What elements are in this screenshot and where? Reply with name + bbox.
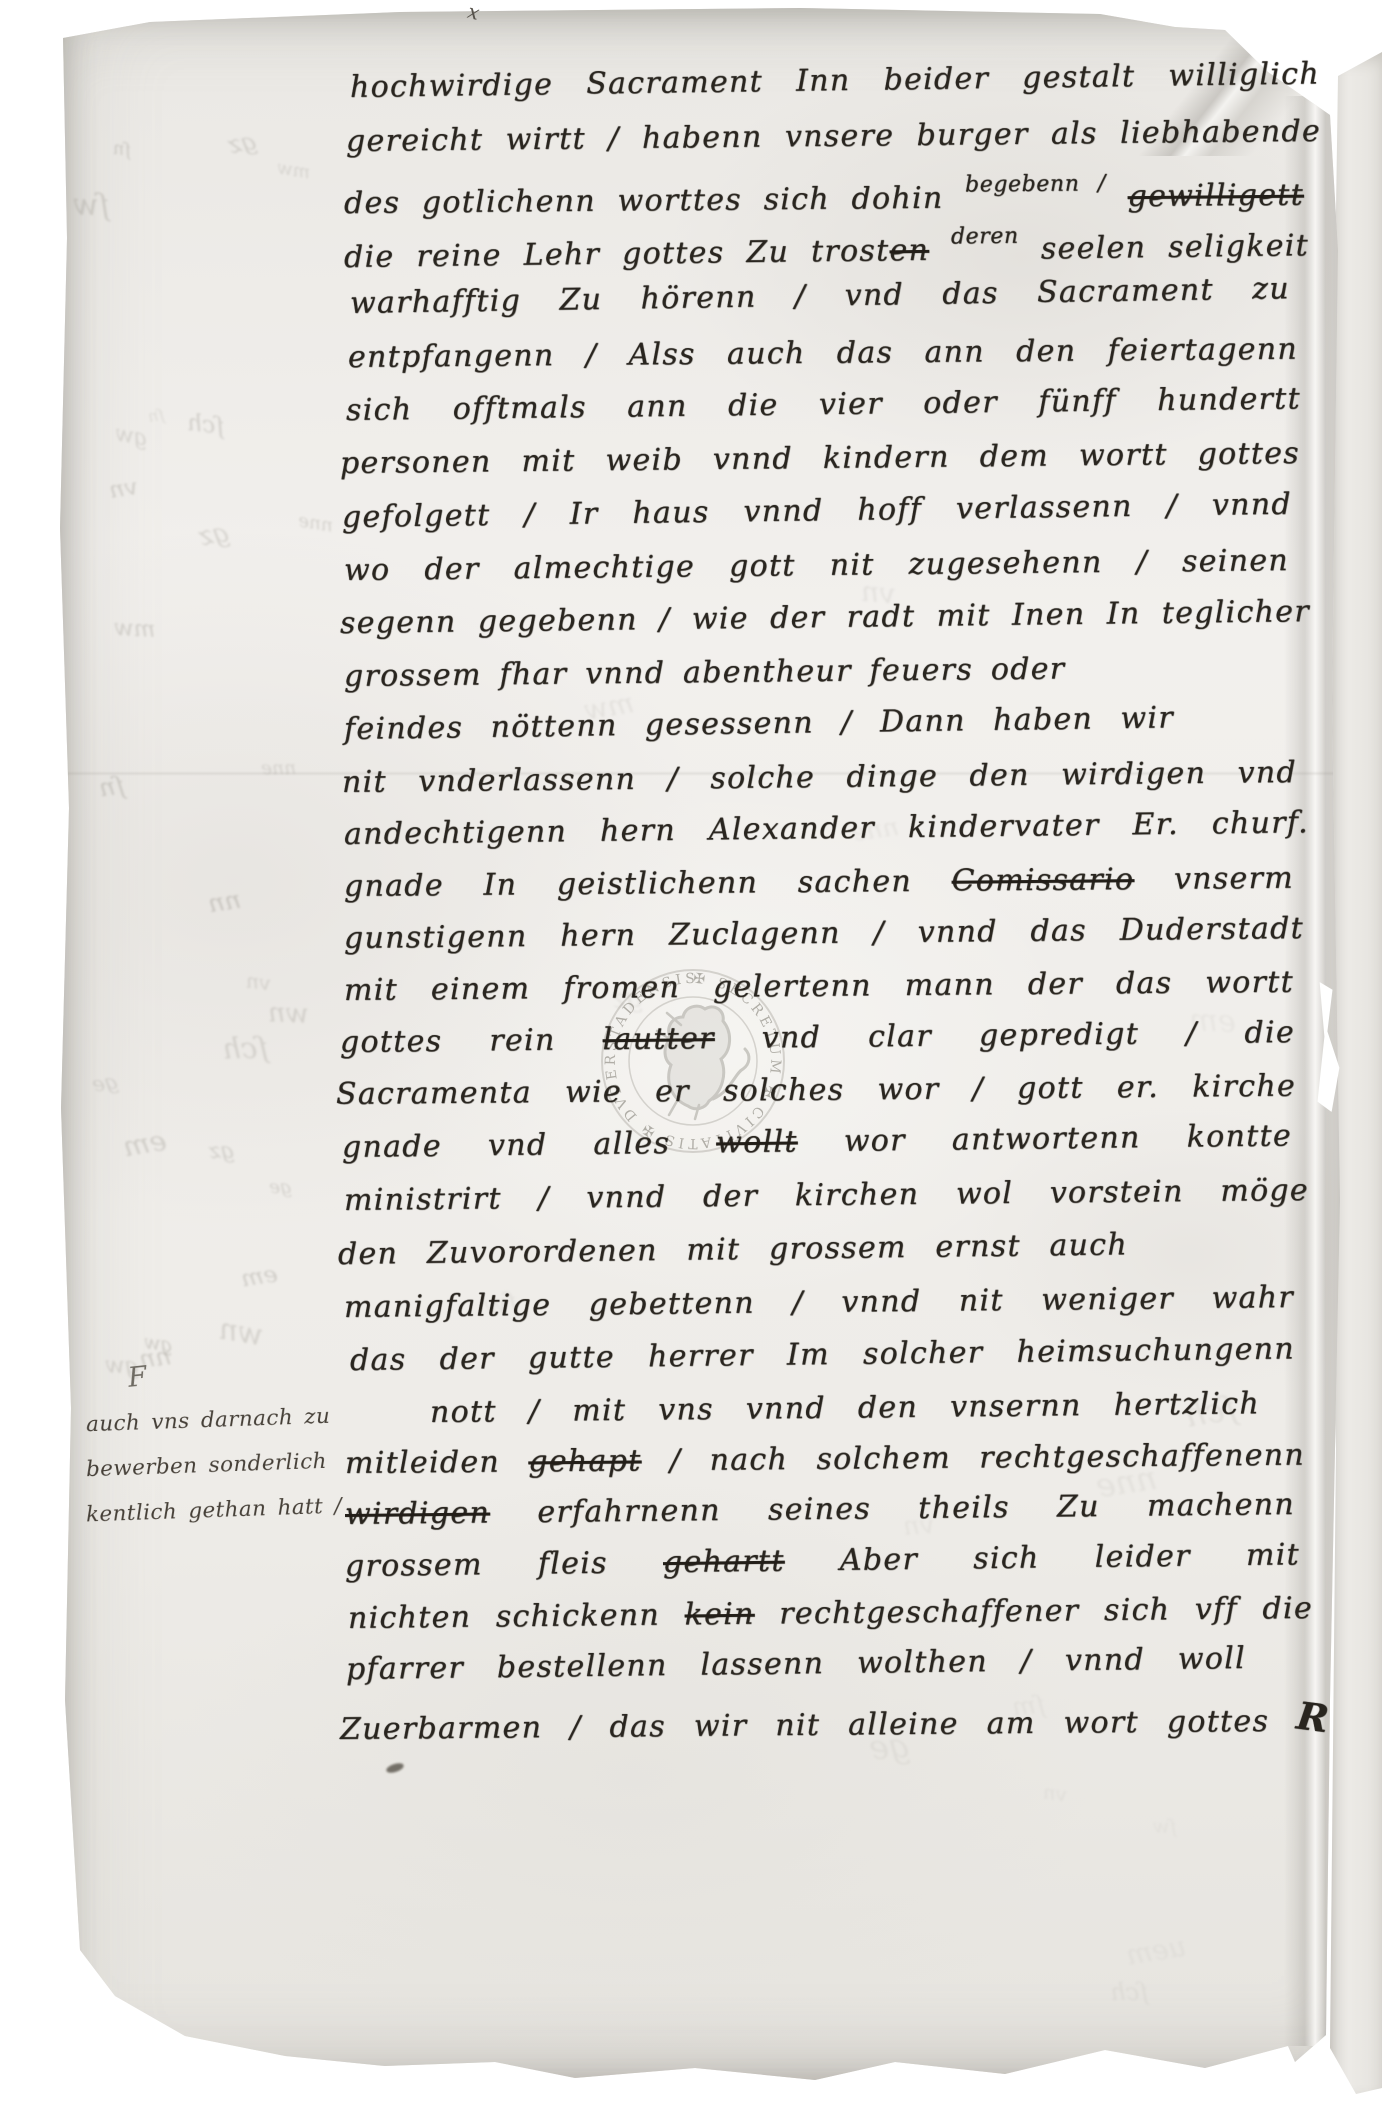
- manuscript-text: grossem fleis: [345, 1545, 663, 1584]
- manuscript-text: des gotlichenn worttes sich dohin: [344, 181, 965, 221]
- manuscript-line: nichten schickenn kein rechtgeschaffener…: [348, 1591, 1313, 1636]
- manuscript-line: personen mit weib vnnd kindern dem wortt…: [340, 436, 1300, 481]
- manuscript-text: nichten schickenn: [348, 1597, 685, 1636]
- manuscript-line: gnade In geistlichenn sachen Comissario …: [344, 861, 1294, 904]
- struck-out-text: gehartt: [663, 1544, 785, 1580]
- manuscript-line: segenn gegebenn / wie der radt mit Inen …: [340, 594, 1310, 641]
- manuscript-line: andechtigenn hern Alexander kindervater …: [344, 805, 1309, 852]
- manuscript-line: ministrirt / vnnd der kirchen wol vorste…: [344, 1173, 1309, 1218]
- manuscript-text: seelen seligkeit: [1019, 228, 1309, 267]
- manuscript-text: gunstigenn hern Zuclagenn / vnnd das Dud…: [344, 911, 1304, 956]
- manuscript-text: vnd clar gepredigt / die: [715, 1015, 1296, 1056]
- manuscript-text: Sacramenta wie er solches wor / gott er.…: [336, 1069, 1296, 1112]
- manuscript-text: gottes rein: [340, 1022, 603, 1060]
- manuscript-text: warhafftig Zu hörenn / vnd das Sacrament…: [350, 271, 1290, 321]
- struck-out-text: gehapt: [528, 1443, 642, 1479]
- manuscript-text: Aber sich leider mit: [784, 1537, 1300, 1578]
- manuscript-text: wor antwortenn kontte: [797, 1118, 1292, 1159]
- struck-out-text: kein: [684, 1597, 754, 1633]
- manuscript-line: feindes nöttenn gesessenn / Dann haben w…: [344, 700, 1174, 747]
- manuscript-line: grossem fhar vnnd abentheur feuers oder: [344, 651, 1144, 694]
- text-layer: hochwirdige Sacrament Inn beider gestalt…: [0, 0, 1382, 2116]
- manuscript-text: die reine Lehr gottes Zu trost: [344, 233, 890, 275]
- manuscript-line: den Zuvorordenen mit grossem ernst auch: [338, 1227, 1128, 1272]
- manuscript-text: mitleiden: [345, 1444, 529, 1481]
- manuscript-line: manigfaltige gebettenn / vnnd nit wenige…: [344, 1280, 1294, 1325]
- manuscript-line: des gotlichenn worttes sich dohin begebe…: [344, 170, 1304, 221]
- struck-out-text: wollt: [716, 1124, 798, 1160]
- manuscript-text: erfahrnenn seines theils Zu machenn: [490, 1487, 1295, 1530]
- inserted-text: begebenn /: [965, 171, 1106, 197]
- manuscript-text: andechtigenn hern Alexander kindervater …: [344, 805, 1309, 852]
- manuscript-text: grossem fhar vnnd abentheur feuers oder: [344, 651, 1066, 694]
- manuscript-text: das der gutte herrer Im solcher heimsuch…: [350, 1331, 1295, 1378]
- manuscript-line: mit einem fromen gelertenn mann der das …: [344, 965, 1294, 1008]
- manuscript-text: hochwirdige Sacrament Inn beider gestalt…: [350, 56, 1320, 105]
- manuscript-text: [929, 233, 951, 268]
- manuscript-text: segenn gegebenn / wie der radt mit Inen …: [340, 594, 1310, 641]
- manuscript-text: wo der almechtige gott nit zugesehenn / …: [344, 543, 1289, 588]
- manuscript-line: sich offtmals ann die vier oder fünff hu…: [346, 381, 1301, 428]
- manuscript-line: Sacramenta wie er solches wor / gott er.…: [336, 1069, 1296, 1112]
- manuscript-line: gnade vnd alles wollt wor antwortenn kon…: [342, 1118, 1292, 1165]
- manuscript-line: warhafftig Zu hörenn / vnd das Sacrament…: [350, 271, 1290, 321]
- manuscript-text: [1106, 179, 1128, 214]
- margin-insertion-mark: F: [126, 1361, 148, 1394]
- manuscript-line: nit vnderlassenn / solche dinge den wird…: [342, 755, 1297, 800]
- manuscript-line: gunstigenn hern Zuclagenn / vnnd das Dud…: [344, 911, 1304, 956]
- manuscript-line: wirdigen erfahrnenn seines theils Zu mac…: [345, 1487, 1295, 1532]
- manuscript-line: entpfangenn / Alss auch das ann den feie…: [348, 332, 1298, 375]
- manuscript-text: gnade In geistlichenn sachen: [344, 864, 952, 904]
- manuscript-text: vnserm: [1134, 861, 1294, 897]
- manuscript-text: gnade vnd alles: [342, 1125, 717, 1165]
- manuscript-line: Zuerbarmen / das wir nit alleine am wort…: [340, 1694, 1330, 1748]
- manuscript-text: nit vnderlassenn / solche dinge den wird…: [342, 755, 1297, 800]
- manuscript-text: personen mit weib vnnd kindern dem wortt…: [340, 436, 1300, 481]
- manuscript-text: gefolgett / Ir haus vnnd hoff verlassenn…: [342, 487, 1292, 535]
- manuscript-text: den Zuvorordenen mit grossem ernst auch: [338, 1227, 1128, 1272]
- manuscript-text: Zuerbarmen / das wir nit alleine am wort…: [340, 1704, 1297, 1747]
- manuscript-text: nott / mit vns vnnd den vnsernn hertzlic…: [430, 1386, 1260, 1430]
- struck-out-text: Comissario: [951, 862, 1134, 899]
- manuscript-scan: { "page": { "description": "Handwritten …: [0, 0, 1382, 2116]
- manuscript-text: ministrirt / vnnd der kirchen wol vorste…: [344, 1173, 1309, 1218]
- manuscript-line: mitleiden gehapt / nach solchem rechtges…: [345, 1438, 1305, 1481]
- manuscript-line: wo der almechtige gott nit zugesehenn / …: [344, 543, 1289, 588]
- inserted-text: deren: [951, 224, 1019, 250]
- manuscript-line: nott / mit vns vnnd den vnsernn hertzlic…: [430, 1386, 1260, 1430]
- manuscript-text: mit einem fromen gelertenn mann der das …: [344, 965, 1294, 1008]
- manuscript-text: manigfaltige gebettenn / vnnd nit wenige…: [344, 1280, 1294, 1325]
- manuscript-line: grossem fleis gehartt Aber sich leider m…: [345, 1537, 1300, 1584]
- manuscript-text: R: [1294, 1693, 1332, 1742]
- manuscript-line: gefolgett / Ir haus vnnd hoff verlassenn…: [342, 487, 1292, 535]
- manuscript-text: / nach solchem rechtgeschaffenenn: [641, 1438, 1305, 1479]
- struck-out-text: en: [889, 233, 929, 268]
- struck-out-text: wirdigen: [345, 1495, 490, 1532]
- manuscript-text: pfarrer bestellenn lassenn wolthen / vnn…: [346, 1641, 1246, 1687]
- manuscript-line: die reine Lehr gottes Zu trosten deren s…: [344, 220, 1309, 275]
- manuscript-line: pfarrer bestellenn lassenn wolthen / vnn…: [346, 1641, 1246, 1687]
- manuscript-text: entpfangenn / Alss auch das ann den feie…: [348, 332, 1298, 375]
- manuscript-line: gottes rein lautter vnd clar gepredigt /…: [340, 1015, 1295, 1060]
- manuscript-line: das der gutte herrer Im solcher heimsuch…: [350, 1331, 1295, 1378]
- manuscript-text: rechtgeschaffener sich vff die: [754, 1591, 1313, 1632]
- manuscript-line: gereicht wirtt / habenn vnsere burger al…: [346, 114, 1321, 159]
- manuscript-text: feindes nöttenn gesessenn / Dann haben w…: [344, 700, 1174, 747]
- manuscript-text: sich offtmals ann die vier oder fünff hu…: [346, 381, 1301, 428]
- manuscript-line: hochwirdige Sacrament Inn beider gestalt…: [350, 56, 1320, 105]
- struck-out-text: lautter: [602, 1021, 714, 1057]
- manuscript-text: gereicht wirtt / habenn vnsere burger al…: [346, 114, 1321, 159]
- struck-out-text: gewilligett: [1127, 178, 1304, 215]
